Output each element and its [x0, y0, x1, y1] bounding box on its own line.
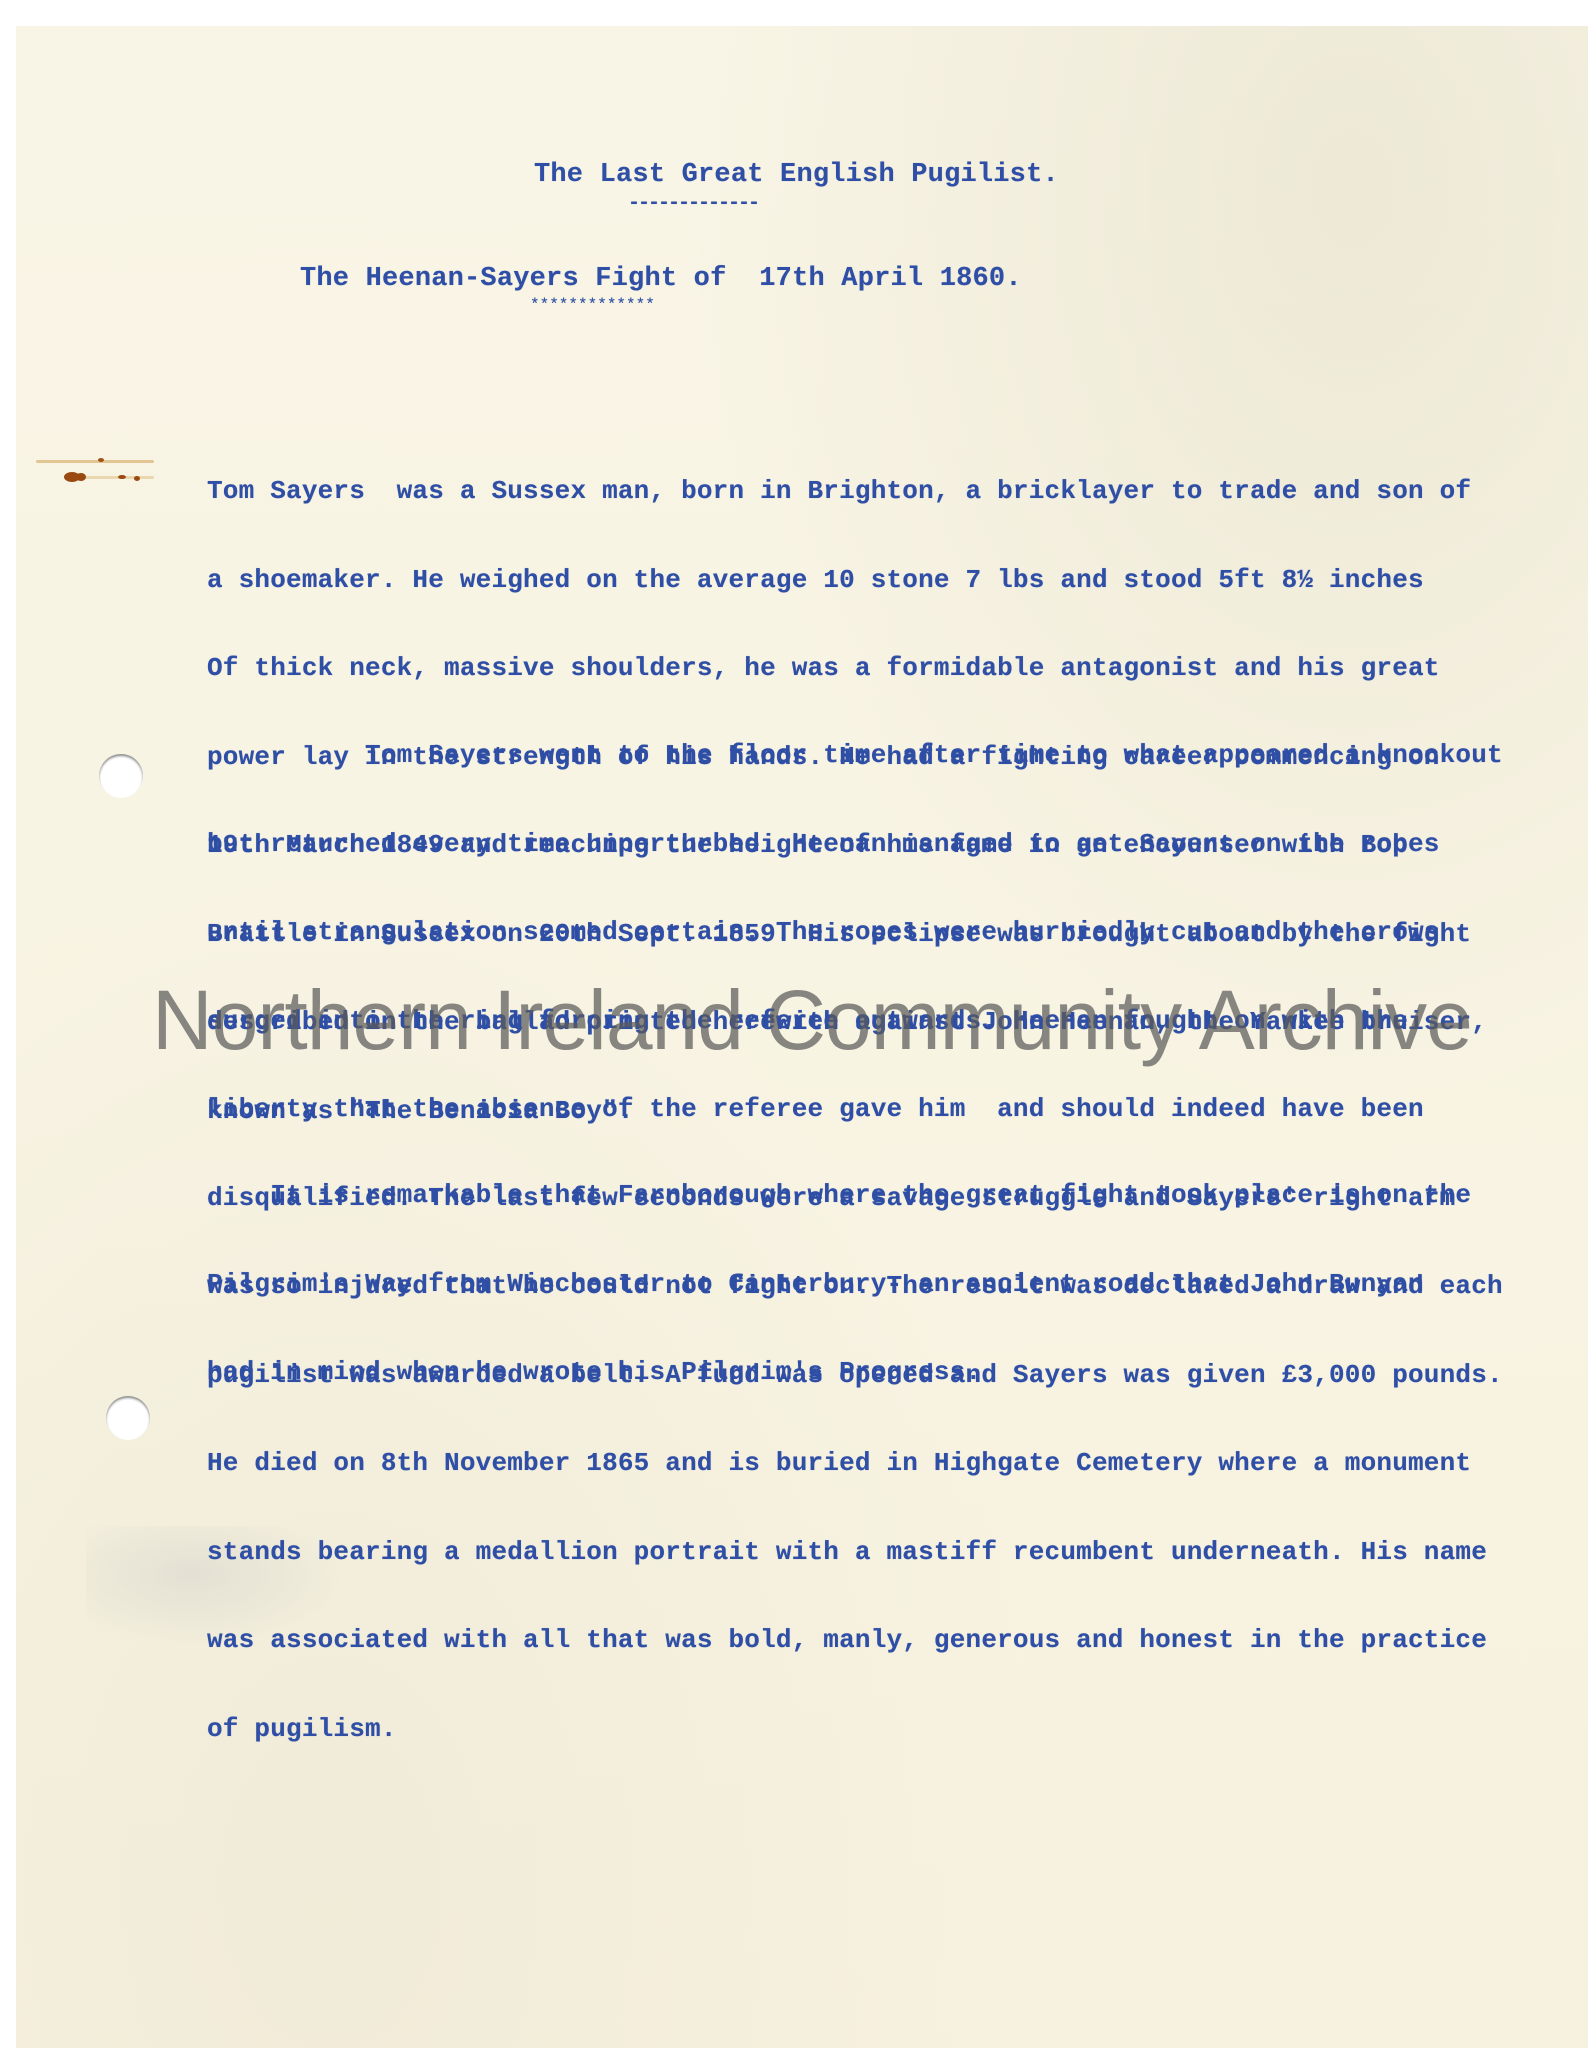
text-line: was associated with all that was bold, m…	[207, 1626, 1503, 1656]
text-line: until strangulation seemed certain. The …	[207, 918, 1503, 948]
text-line: surged into the ring forcing the referee…	[207, 1007, 1503, 1037]
text-line: had in mind when he wrote his Pilgrim's …	[207, 1358, 1471, 1388]
text-line: It is remarkable that Farnborough where …	[207, 1181, 1471, 1211]
text-line: but returned every time unperturbed. Hee…	[207, 830, 1503, 860]
text-line: of pugilism.	[207, 1715, 1503, 1745]
punch-hole	[99, 754, 143, 798]
paragraph-farnborough: It is remarkable that Farnborough where …	[207, 1122, 1471, 1417]
subtitle-underline: *************	[530, 296, 655, 314]
text-line: Of thick neck, massive shoulders, he was…	[207, 654, 1487, 684]
punch-hole	[106, 1396, 150, 1440]
text-line: liberty that the absence of the referee …	[207, 1095, 1503, 1125]
rust-stain	[34, 454, 159, 488]
text-line: Tom Sayers was a Sussex man, born in Bri…	[207, 477, 1487, 507]
text-line: a shoemaker. He weighed on the average 1…	[207, 566, 1487, 596]
text-line: Pilgrim's Way from Winchester to Canterb…	[207, 1270, 1471, 1300]
document-title: The Last Great English Pugilist.	[534, 160, 1059, 190]
document-subtitle: The Heenan-Sayers Fight of 17th April 18…	[300, 264, 1022, 294]
text-line: stands bearing a medallion portrait with…	[207, 1538, 1503, 1568]
title-underline: -------------	[628, 192, 758, 215]
text-line: He died on 8th November 1865 and is buri…	[207, 1449, 1503, 1479]
text-line: Tom Sayers went to the floor time after …	[207, 741, 1503, 771]
